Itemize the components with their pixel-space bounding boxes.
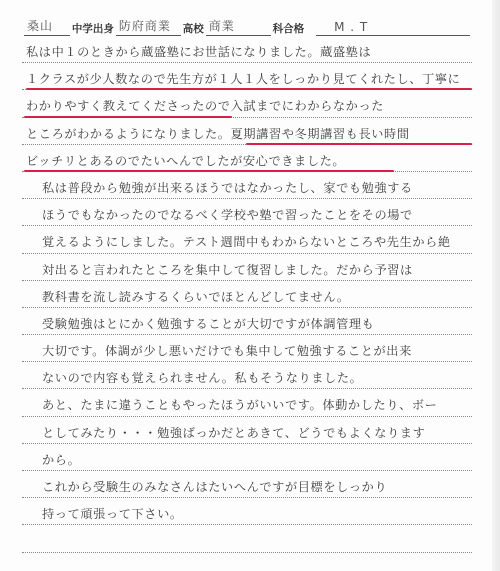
essay-line: ところがわかるようになりました。夏期講習や冬期講習も長い時間 <box>22 118 472 145</box>
junior-high-label: 中学出身 <box>72 21 114 36</box>
essay-line <box>22 525 472 552</box>
header-fields: 桑山 中学出身 防府商業 高校 商業 科合格 M . T <box>24 14 470 36</box>
essay-line-text: ほうでもなかったのでなるべく学校や塾で習ったことをその場で <box>22 208 413 222</box>
essay-line: わかりやすく教えてくださったので入試までにわからなかった <box>22 90 472 117</box>
essay-line-text: 対出ると言われたところを集中して復習しました。だから予習は <box>22 263 413 277</box>
high-school-name: 防府商業 <box>116 17 181 36</box>
essay-line-text: 大切です。体調が少し悪いだけでも集中して勉強することが出来 <box>22 344 412 358</box>
essay-line-text: わかりやすく教えてくださったので入試までにわからなかった <box>22 99 384 113</box>
junior-high-name: 桑山 <box>24 17 70 36</box>
essay-line: １クラスが少人数なので先生方が１人１人をしっかり見てくれたし、丁寧に <box>22 63 472 90</box>
essay-line-text: 私は中１のときから蔵盛塾にお世話になりました。蔵盛塾は <box>22 45 371 59</box>
essay-line: 大切です。体調が少し悪いだけでも集中して勉強することが出来 <box>22 335 472 362</box>
student-initials: M . T <box>316 20 470 36</box>
essay-line: これから受験生のみなさんはたいへんですが目標をしっかり <box>22 471 472 498</box>
essay-line-text: 受験勉強はとにかく勉強することが大切ですが体調管理も <box>22 317 374 331</box>
essay-line-text: 持って頑張って下さい。 <box>22 507 183 521</box>
essay-line-text: ところがわかるようになりました。夏期講習や冬期講習も長い時間 <box>22 127 410 141</box>
essay-line-text: としてみたり・・・勉強ばっかだとあきて、どうでもよくなります <box>22 426 425 440</box>
essay-line-text: 教科書を流し読みするくらいでほとんどしてません。 <box>22 290 350 304</box>
essay-line: ビッチリとあるのでたいへんでしたが安心できました。 <box>22 145 472 172</box>
essay-line: としてみたり・・・勉強ばっかだとあきて、どうでもよくなります <box>22 417 472 444</box>
essay-line-text: ビッチリとあるのでたいへんでしたが安心できました。 <box>22 154 345 168</box>
essay-line: から。 <box>22 444 472 471</box>
essay-line: 私は中１のときから蔵盛塾にお世話になりました。蔵盛塾は <box>22 36 472 63</box>
essay-line: 教科書を流し読みするくらいでほとんどしてません。 <box>22 281 472 308</box>
essay-line: ないので内容も覚えられません。私もそうなりました。 <box>22 362 472 389</box>
essay-line-text: １クラスが少人数なので先生方が１人１人をしっかり見てくれたし、丁寧に <box>22 72 460 86</box>
page-edge-shadow <box>492 0 500 571</box>
essay-line-text: あと、たまに違うこともやったほうがいいです。体動かしたり、ボー <box>22 398 437 412</box>
essay-line: 私は普段から勉強が出来るほうではなかったし、家でも勉強する <box>22 172 472 199</box>
course-label: 科合格 <box>273 21 305 36</box>
essay-line-text: これから受験生のみなさんはたいへんですが目標をしっかり <box>22 480 387 494</box>
essay-line: 持って頑張って下さい。 <box>22 498 472 525</box>
essay-line-text: 私は普段から勉強が出来るほうではなかったし、家でも勉強する <box>22 181 413 195</box>
essay-line: 覚えるようにしました。テスト週間中もわからないところや先生から絶 <box>22 226 472 253</box>
essay-line: あと、たまに違うこともやったほうがいいです。体動かしたり、ボー <box>22 389 472 416</box>
essay-body: 私は中１のときから蔵盛塾にお世話になりました。蔵盛塾は１クラスが少人数なので先生… <box>22 36 472 553</box>
essay-line: ほうでもなかったのでなるべく学校や塾で習ったことをその場で <box>22 199 472 226</box>
high-school-label: 高校 <box>183 21 204 36</box>
essay-line: 受験勉強はとにかく勉強することが大切ですが体調管理も <box>22 308 472 335</box>
essay-line-text: 覚えるようにしました。テスト週間中もわからないところや先生から絶 <box>22 235 451 249</box>
handwritten-essay-sheet: 桑山 中学出身 防府商業 高校 商業 科合格 M . T 私は中１のときから蔵盛… <box>0 0 500 571</box>
course-name: 商業 <box>206 17 271 36</box>
essay-line: 対出ると言われたところを集中して復習しました。だから予習は <box>22 254 472 281</box>
essay-line-text <box>22 534 42 548</box>
essay-line-text: から。 <box>22 453 80 467</box>
essay-line-text: ないので内容も覚えられません。私もそうなりました。 <box>22 371 362 385</box>
